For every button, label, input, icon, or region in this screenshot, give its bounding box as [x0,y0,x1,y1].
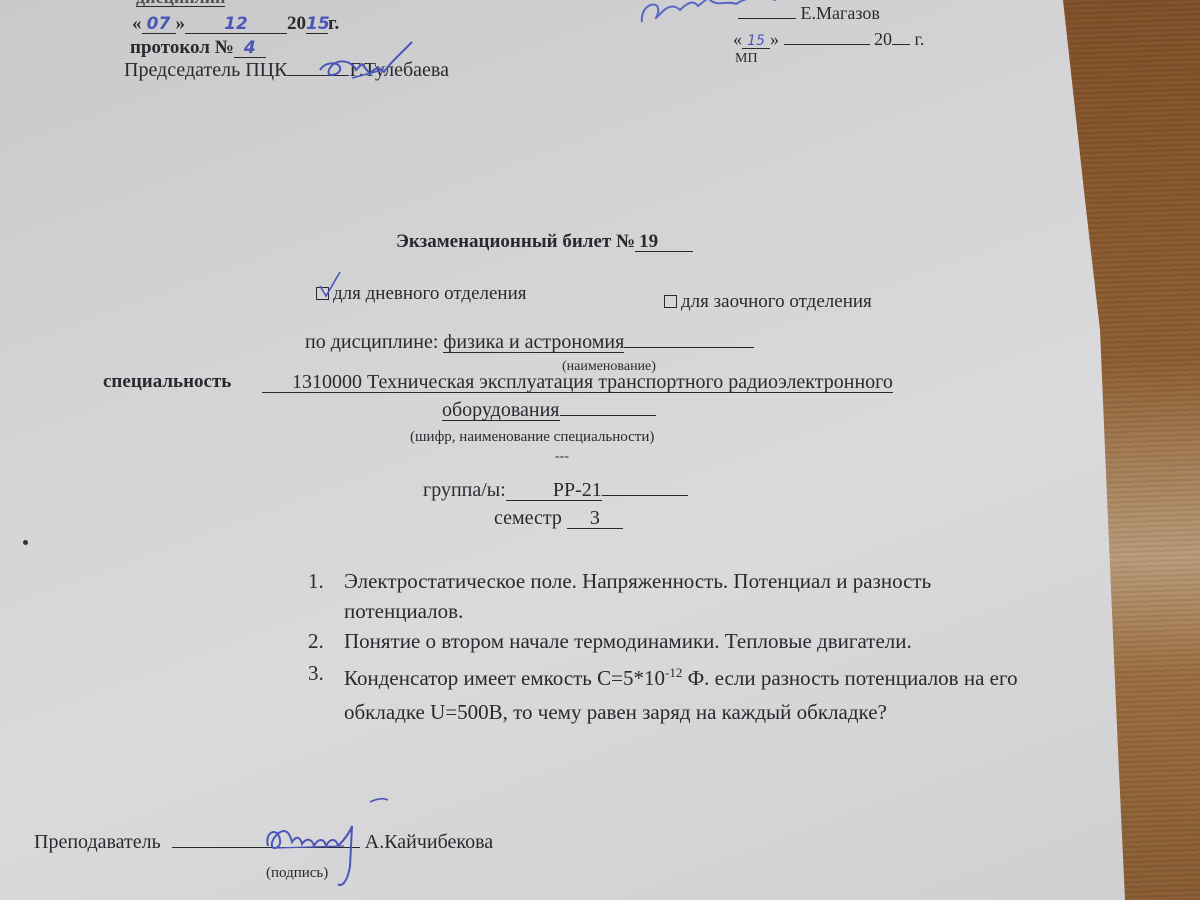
discipline-value: физика и астрономия [443,332,624,353]
semester-line: семестр 3 [494,508,623,529]
quote-open-right: « [733,29,742,49]
ticket-title-label: Экзаменационный билет № [396,231,635,252]
correspondence-department-label: для заочного отделения [681,291,872,312]
semester-label: семестр [494,507,562,529]
question-item: 2. Понятие о втором начале термодинамики… [308,626,1048,656]
approval-date-left: «07»122015г. [132,14,339,34]
teacher-label: Преподаватель [34,831,161,853]
question-number: 1. [308,566,344,626]
question-text-part: Конденсатор имеет емкость С=5*10 [344,666,665,690]
quote-close-right: » [770,29,779,49]
year-prefix-right: 20 [874,29,892,49]
separator: --- [555,450,569,464]
correspondence-option: для заочного отделения [664,292,872,311]
protocol-line: протокол №4 [130,38,266,58]
specialty-value-line1: 1310000 Техническая эксплуатация транспо… [262,372,893,393]
discipline-blank [624,333,754,348]
director-signature-line [738,6,796,19]
question-number: 2. [308,626,344,656]
ticket-number: 19 [635,232,693,252]
question-text: Понятие о втором начале термодинамики. Т… [344,626,912,656]
correspondence-department-checkbox[interactable] [664,295,677,308]
handwritten-day: 07 [142,16,176,34]
handwritten-protocol-number: 4 [234,40,266,58]
stamp-label: МП [735,52,758,66]
group-label: группа/ы: [423,479,506,501]
discipline-label: по дисциплине: [305,331,438,353]
specialty-value-text: 1310000 Техническая эксплуатация транспо… [262,372,893,393]
specialty-label: специальность [103,372,231,391]
day-department-label: для дневного отделения [333,283,527,304]
handwritten-year: 15 [306,16,328,34]
discipline-line: по дисциплине: физика и астрономия [305,332,754,353]
chairman-label: Председатель ПЦК [124,59,287,81]
day-department-checkbox[interactable] [316,287,329,300]
year-unit-right: г. [915,29,925,49]
approval-date-right: «15» 20 г. [733,30,924,49]
question-list: 1. Электростатическое поле. Напряженност… [308,566,1048,729]
director-name: Е.Магазов [801,3,880,23]
ticket-title: Экзаменационный билет №19 [396,232,693,252]
question-item: 3. Конденсатор имеет емкость С=5*10-12 Ф… [308,656,1048,729]
specialty-caption: (шифр, наименование специальности) [410,430,654,445]
teacher-signature-icon [254,796,394,892]
paper-speck [23,540,28,545]
question-text: Конденсатор имеет емкость С=5*10-12 Ф. е… [344,656,1024,729]
director-line: Е.Магазов [738,4,880,22]
question-item: 1. Электростатическое поле. Напряженност… [308,566,1048,626]
checkmark-icon [318,270,342,300]
department-options: для дневного отделения [316,284,527,303]
quote-close: » [176,13,186,34]
exam-ticket-sheet: дисциплин «07»122015г. протокол №4 Предс… [0,0,1200,900]
chairman-signature-icon [312,40,422,90]
month-blank-right [784,34,870,45]
specialty-value-text-2: оборудования [442,400,560,421]
protocol-label: протокол № [130,37,234,58]
exponent: -12 [665,665,682,680]
cutoff-header: дисциплин [136,0,225,7]
question-number: 3. [308,656,344,729]
year-blank-right [892,34,910,45]
quote-open: « [132,13,142,34]
specialty-blank [560,401,656,416]
question-text: Электростатическое поле. Напряженность. … [344,566,964,626]
year-prefix: 20 [287,13,306,34]
group-blank [602,481,688,496]
group-value: РР-21 [506,480,602,501]
group-line: группа/ы:РР-21 [423,480,688,501]
handwritten-day-right: 15 [742,34,770,49]
handwritten-month: 12 [185,16,287,34]
year-unit: г. [328,13,339,34]
semester-value: 3 [567,508,623,529]
specialty-value-line2: оборудования [442,400,656,421]
